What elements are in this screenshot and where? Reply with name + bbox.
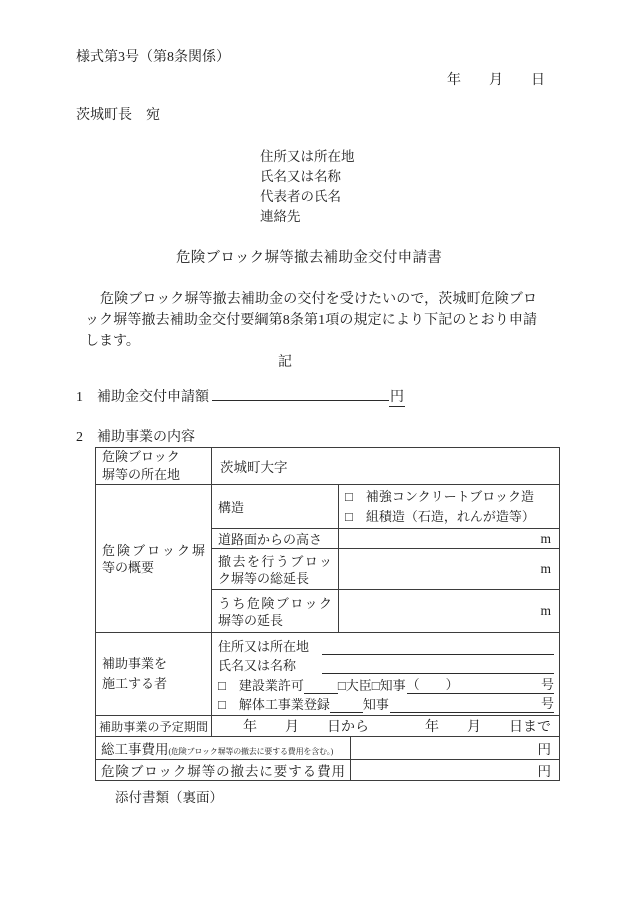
contractor-label-cell: 補助事業を 施工する者 bbox=[96, 633, 212, 716]
applicant-address-label: 住所又は所在地 bbox=[260, 147, 355, 167]
total-cost-value-cell: 円 bbox=[351, 737, 560, 760]
total-cost-label-cell: 総工事費用(危険ブロック塀等の撤去に要する費用を含む。) bbox=[96, 737, 351, 760]
contractor-detail-cell: 住所又は所在地 氏名又は名称 □ 建設業許可 □大臣□知事 （ ） 号 bbox=[212, 633, 560, 716]
contractor-name-line: 氏名又は名称 bbox=[218, 655, 554, 675]
overview-label-cell: 危険ブロック塀 等の概要 bbox=[96, 485, 212, 633]
table-row-structure: 危険ブロック塀 等の概要 構造 □補強コンクリートブロック造 □組積造（石造，れ… bbox=[96, 485, 560, 529]
contractor-registration-line: □ 解体工事業登録 知事 号 bbox=[218, 694, 554, 714]
removal-cost-value-cell: 円 bbox=[351, 760, 560, 781]
removal-cost-label-cell: 危険ブロック塀等の撤去に要する費用 bbox=[96, 760, 351, 781]
structure-label-cell: 構造 bbox=[212, 485, 339, 529]
checkbox-icon: □ bbox=[218, 697, 226, 713]
permit-suffix-blank: （ ） 号 bbox=[407, 677, 554, 694]
item1-amount-blank bbox=[212, 387, 389, 401]
contractor-address-line: 住所又は所在地 bbox=[218, 635, 554, 655]
total-length-label-cell: 撤去を行うブロッ ク塀等の総延長 bbox=[212, 549, 339, 590]
contractor-name-blank bbox=[322, 658, 554, 674]
checkbox-icon: □ bbox=[218, 678, 226, 694]
period-label-cell: 補助事業の予定期間 bbox=[96, 716, 212, 737]
total-cost-note: (危険ブロック塀等の撤去に要する費用を含む。) bbox=[169, 747, 334, 756]
table-row-period: 補助事業の予定期間 年 月 日から 年 月 日まで bbox=[96, 716, 560, 737]
total-length-value-cell: m bbox=[339, 549, 560, 590]
item1-label: 補助金交付申請額 bbox=[97, 390, 209, 405]
height-value-cell: m bbox=[339, 529, 560, 549]
structure-option-2: 組積造（石造，れんが造等） bbox=[366, 509, 535, 524]
item1-unit: 円 bbox=[389, 386, 405, 407]
document-title: 危険ブロック塀等撤去補助金交付申請書 bbox=[0, 246, 618, 267]
form-number: 様式第3号（第8条関係） bbox=[76, 46, 230, 66]
period-value-cell: 年 月 日から 年 月 日まで bbox=[212, 716, 560, 737]
registration-suffix-blank: 号 bbox=[390, 696, 554, 713]
applicant-name-label: 氏名又は名称 bbox=[260, 167, 355, 187]
applicant-representative-label: 代表者の氏名 bbox=[260, 187, 355, 207]
table-row-total-cost: 総工事費用(危険ブロック塀等の撤去に要する費用を含む。) 円 bbox=[96, 737, 560, 760]
checkbox-icon: □ bbox=[345, 509, 353, 524]
attachment-note: 添付書類（裏面） bbox=[115, 786, 223, 806]
record-mark: 記 bbox=[0, 351, 570, 371]
item1-application-amount: 1補助金交付申請額円 bbox=[76, 386, 405, 407]
applicant-block: 住所又は所在地 氏名又は名称 代表者の氏名 連絡先 bbox=[260, 147, 355, 227]
table-row-location: 危険ブロック 塀等の所在地 茨城町大字 bbox=[96, 448, 560, 485]
permit-number-blank bbox=[304, 678, 338, 694]
item1-number: 1 bbox=[76, 390, 83, 405]
danger-length-label-cell: うち危険ブロック 塀等の延長 bbox=[212, 590, 339, 633]
application-form-page: 様式第3号（第8条関係） 年 月 日 茨城町長 宛 住所又は所在地 氏名又は名称… bbox=[0, 0, 630, 903]
contractor-permit-line: □ 建設業許可 □大臣□知事 （ ） 号 bbox=[218, 674, 554, 694]
structure-options-cell: □補強コンクリートブロック造 □組積造（石造，れんが造等） bbox=[339, 485, 560, 529]
addressee: 茨城町長 宛 bbox=[76, 104, 160, 124]
body-paragraph: 危険ブロック塀等撤去補助金の交付を受けたいので，茨城町危険ブロック塀等撤去補助金… bbox=[85, 289, 537, 352]
registration-number-blank bbox=[330, 697, 363, 713]
contractor-address-blank bbox=[322, 639, 554, 655]
date-line: 年 月 日 bbox=[447, 69, 545, 89]
checkbox-icon: □ bbox=[345, 489, 353, 504]
item2-number: 2 bbox=[76, 430, 83, 445]
item2-project-content: 2補助事業の内容 bbox=[76, 426, 195, 446]
table-row-contractor: 補助事業を 施工する者 住所又は所在地 氏名又は名称 □ 建設業許可 □大臣□知… bbox=[96, 633, 560, 716]
height-label-cell: 道路面からの高さ bbox=[212, 529, 339, 549]
project-content-table: 危険ブロック 塀等の所在地 茨城町大字 危険ブロック塀 等の概要 構造 □補強コ… bbox=[95, 447, 560, 781]
location-value-cell: 茨城町大字 bbox=[212, 448, 560, 485]
danger-length-value-cell: m bbox=[339, 590, 560, 633]
item2-label: 補助事業の内容 bbox=[97, 430, 195, 445]
structure-option-1: 補強コンクリートブロック造 bbox=[366, 489, 534, 504]
location-label-cell: 危険ブロック 塀等の所在地 bbox=[96, 448, 212, 485]
table-row-removal-cost: 危険ブロック塀等の撤去に要する費用 円 bbox=[96, 760, 560, 781]
applicant-contact-label: 連絡先 bbox=[260, 207, 355, 227]
